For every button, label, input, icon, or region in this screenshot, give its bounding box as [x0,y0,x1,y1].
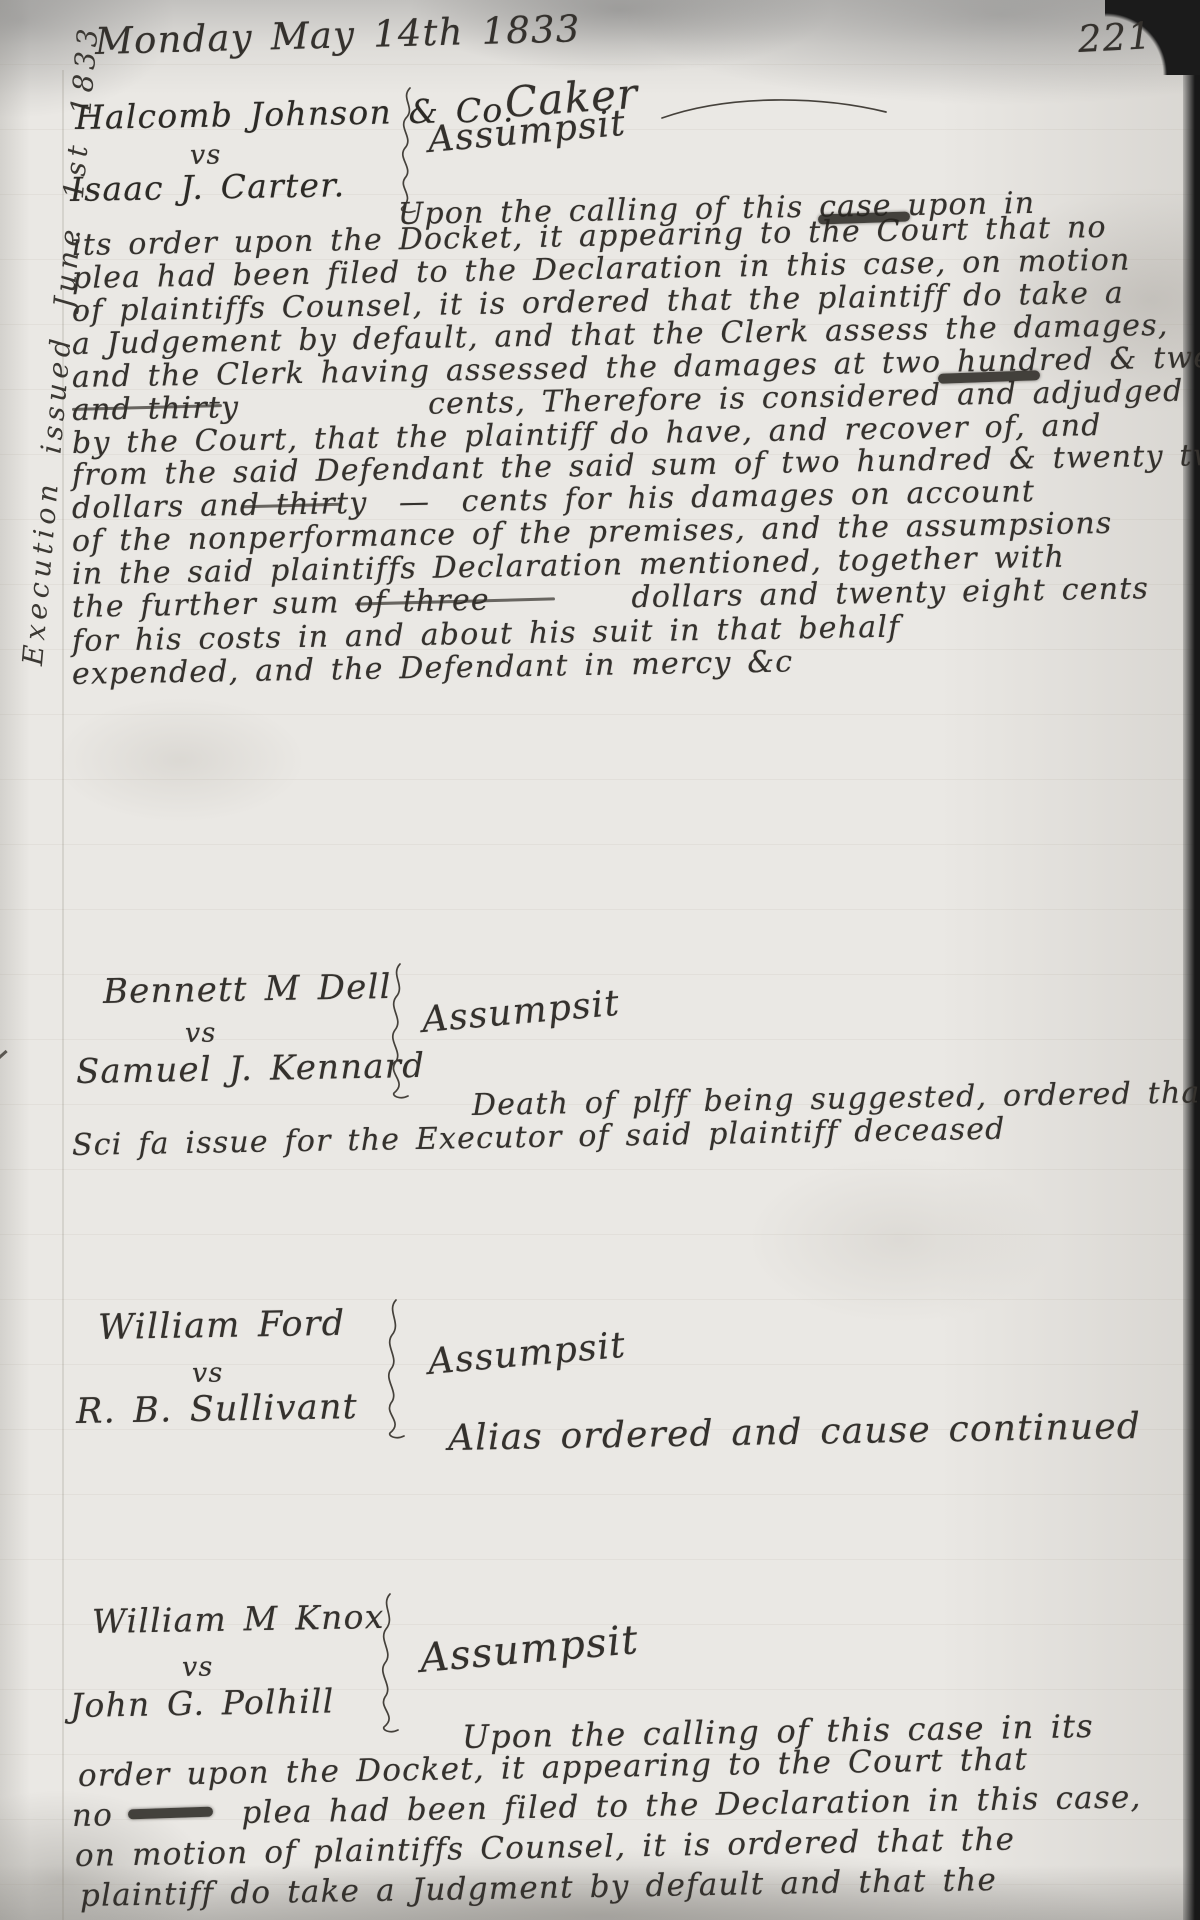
case-2-defendant: Samuel J. Kennard [76,1046,426,1092]
case-1-attorney-flourish [660,92,890,126]
case-1-vs-label: vs [190,139,222,171]
case-2-vs-label: vs [185,1017,217,1049]
case-3-action-type: Assumpsit [426,1325,627,1383]
paper-edge-right [1183,0,1200,1920]
case-3-plaintiff: William Ford [98,1304,346,1348]
case-3-brace-icon [378,1298,408,1440]
case-4-defendant: John G. Polhill [70,1681,335,1725]
case-4-action-type: Assumpsit [418,1617,641,1682]
document-page: Monday May 14th 1833 221 Execution issue… [0,0,1200,1920]
case-4-vs-label: vs [182,1651,214,1683]
case-4-plaintiff: William M Knox [92,1597,385,1641]
page-number: 221 [1077,14,1153,61]
case-3-vs-label: vs [192,1357,224,1389]
case-1-brace-icon [392,86,422,214]
case-1-defendant: Isaac J. Carter. [70,165,346,209]
case-3-body-line: Alias ordered and cause continued [448,1406,1142,1459]
case-4-brace-icon [372,1592,402,1734]
case-2-plaintiff: Bennett M Dell [103,967,392,1012]
date-heading: Monday May 14th 1833 [94,7,581,63]
case-2-body-line: Sci fa issue for the Executor of said pl… [72,1112,1006,1163]
margin-check-mark [0,1050,8,1072]
case-2-brace-icon [382,962,412,1100]
case-3-defendant: R. B. Sullivant [76,1387,359,1432]
case-2-action-type: Assumpsit [420,983,621,1041]
